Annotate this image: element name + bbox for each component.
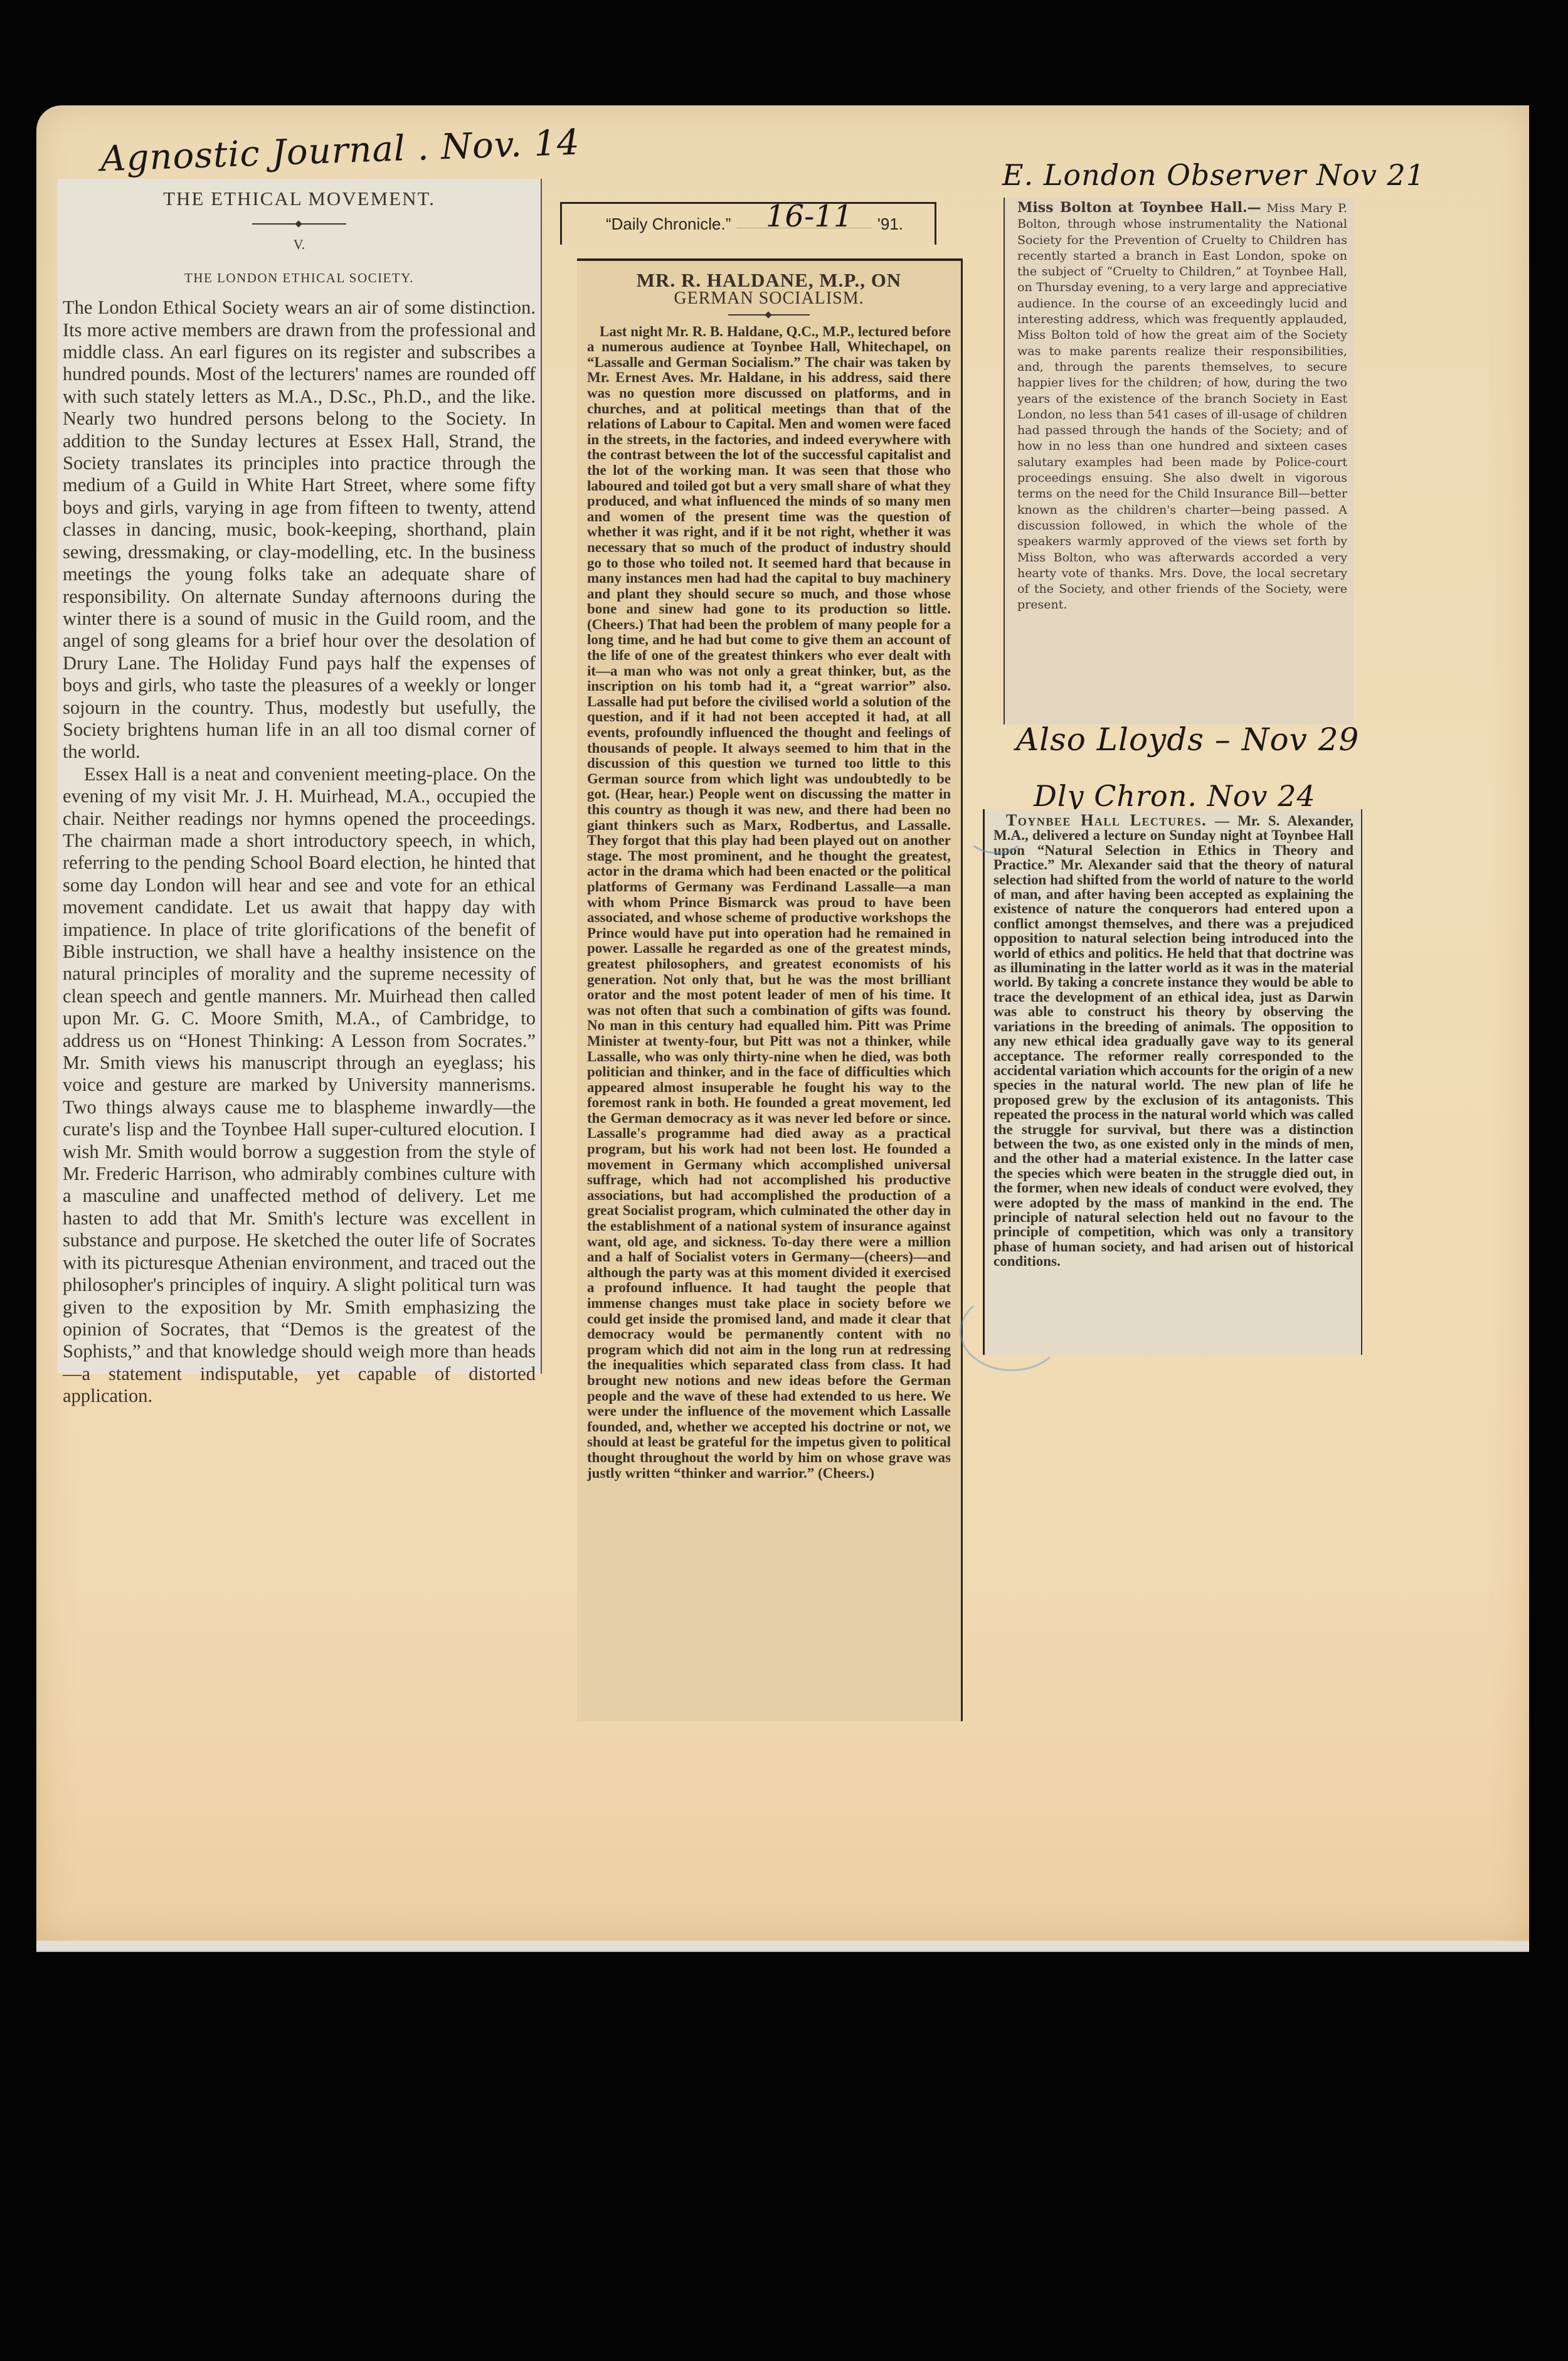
article-part-number: V.: [63, 233, 536, 255]
article-headline-line-2: GERMAN SOCIALISM.: [587, 291, 951, 307]
clipping-ethical-movement: THE ETHICAL MOVEMENT. V. THE LONDON ETHI…: [58, 179, 542, 1374]
clipping-daily-chronicle-header: “Daily Chronicle.” 16-11 '91.: [560, 202, 936, 245]
newspaper-name: “Daily Chronicle.”: [606, 215, 731, 234]
newspaper-year: '91.: [877, 215, 903, 234]
blue-pencil-mark: [960, 1292, 1064, 1371]
annotation-dly-chron: Dly Chron. Nov 24: [1034, 779, 1316, 813]
article-paragraph: The London Ethical Society wears an air …: [63, 297, 536, 763]
article-body: Mr. S. Alexander, M.A., delivered a lect…: [993, 813, 1353, 1269]
lead-dash: —: [1207, 813, 1237, 829]
article-body: Miss Mary P. Bolton, through whose instr…: [1017, 201, 1347, 612]
clipping-miss-bolton: Miss Bolton at Toynbee Hall.— Miss Mary …: [1004, 198, 1353, 724]
ornamental-rule: [728, 314, 810, 316]
blue-pencil-mark: [966, 812, 1026, 854]
annotation-east-london-observer: E. London Observer Nov 21: [1002, 158, 1425, 192]
article-lead-heading: Miss Bolton at Toynbee Hall.—: [1017, 199, 1261, 216]
article-paragraph: Last night Mr. R. B. Haldane, Q.C., M.P.…: [587, 324, 951, 1482]
article-title: THE ETHICAL MOVEMENT.: [63, 188, 536, 210]
clipping-haldane-german-socialism: MR. R. HALDANE, M.P., ON GERMAN SOCIALIS…: [577, 258, 963, 1721]
article-subtitle: THE LONDON ETHICAL SOCIETY.: [63, 267, 536, 289]
article-paragraph: Essex Hall is a neat and convenient meet…: [63, 763, 536, 1408]
article-lead-heading: Toynbee Hall Lectures.: [1006, 811, 1207, 829]
article-headline: MR. R. HALDANE, M.P., ON: [587, 270, 951, 291]
clipping-toynbee-hall-lectures: Toynbee Hall Lectures. — Mr. S. Alexande…: [983, 809, 1362, 1355]
annotation-also-lloyds: Also Lloyds – Nov 29: [1016, 721, 1359, 758]
handwritten-date: 16-11: [766, 199, 852, 234]
ornamental-rule: [252, 223, 346, 225]
